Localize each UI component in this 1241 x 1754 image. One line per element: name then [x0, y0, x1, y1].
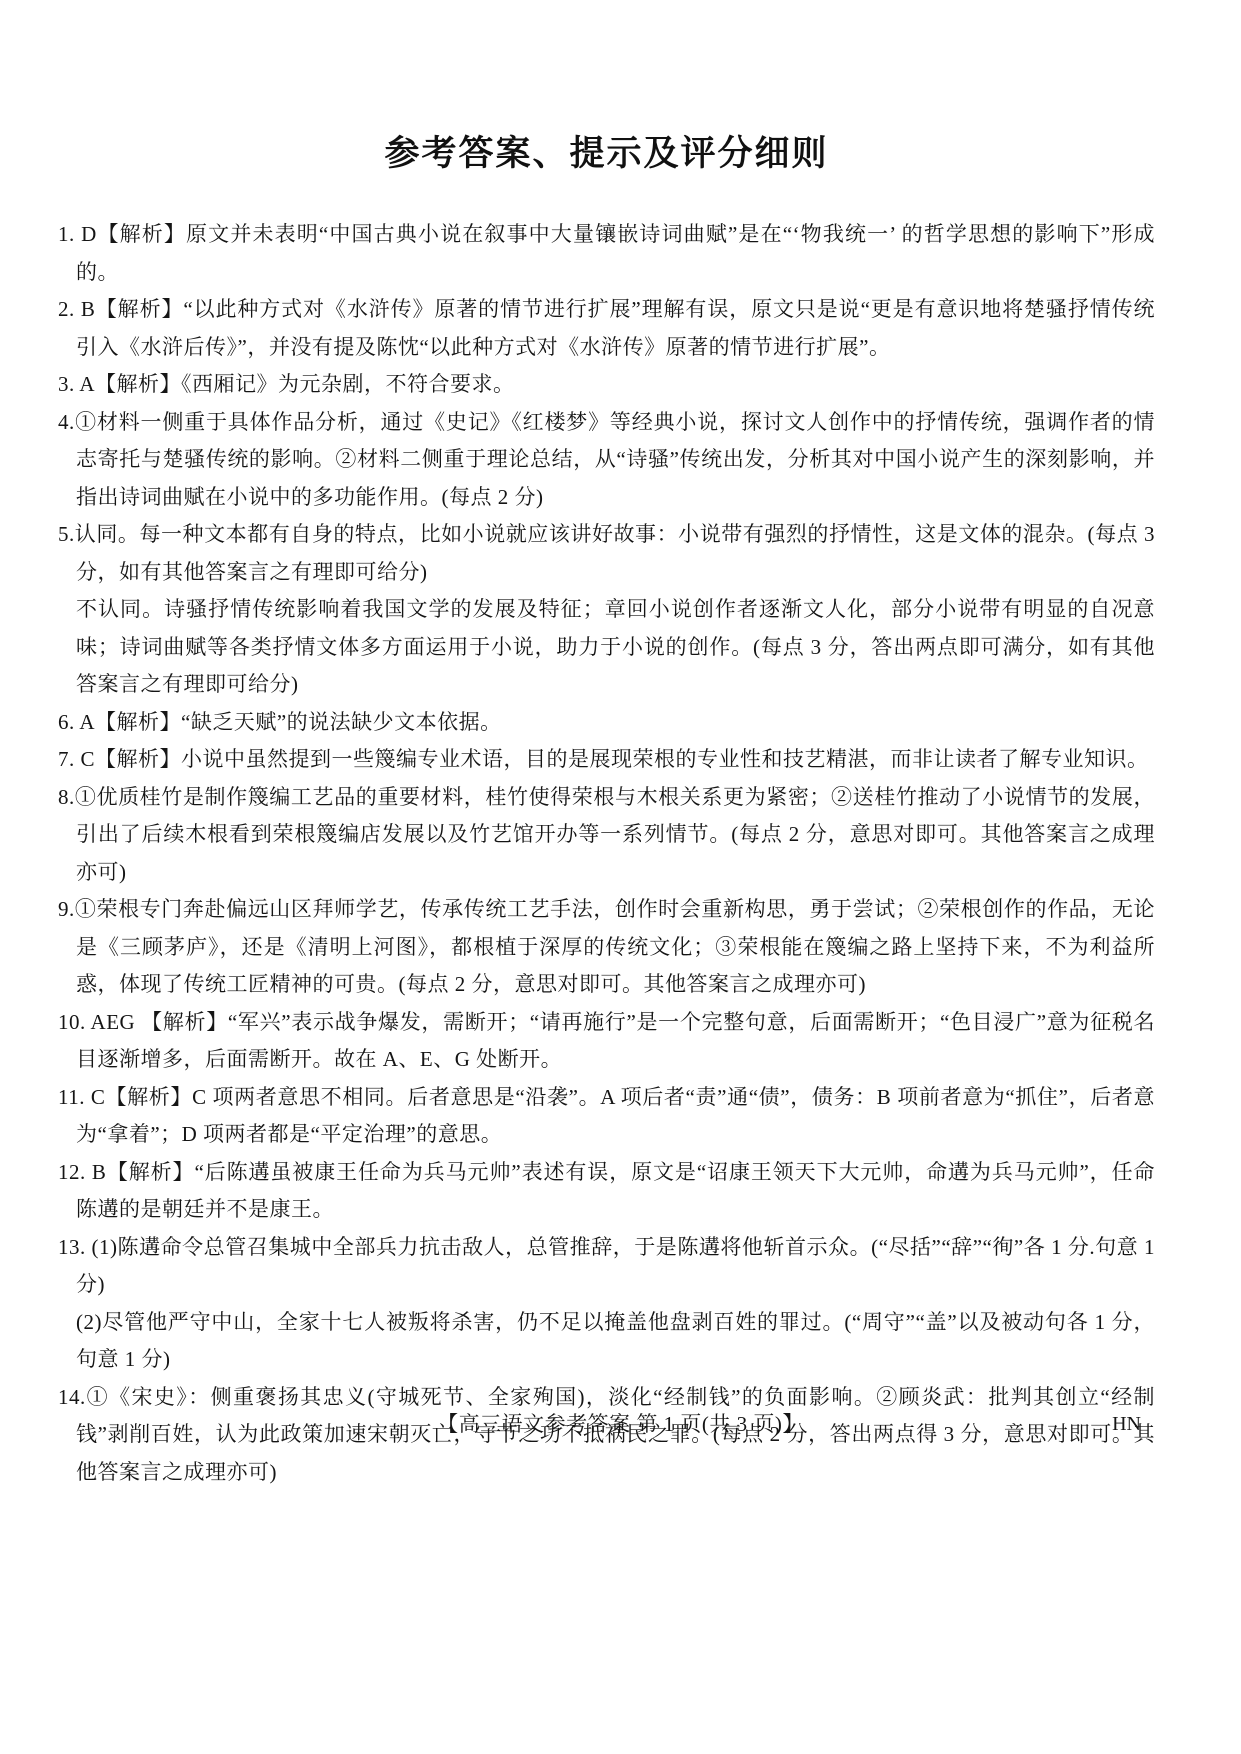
item-number: 3.: [58, 372, 75, 396]
item-text: AEG 【解析】“军兴”表示战争爆发，需断开；“请再施行”是一个完整句意，后面需…: [76, 1010, 1155, 1072]
item-text: A【解析】“缺乏天赋”的说法缺少文本依据。: [75, 710, 502, 734]
answer-item-7: 7. C【解析】小说中虽然提到一些篾编专业术语，目的是展现荣根的专业性和技艺精湛…: [58, 741, 1155, 779]
item-text: A【解析】《西厢记》为元杂剧，不符合要求。: [75, 372, 515, 396]
answer-item-9: 9.①荣根专门奔赴偏远山区拜师学艺，传承传统工艺手法，创作时会重新构思，勇于尝试…: [58, 891, 1155, 1004]
item-number: 10.: [58, 1010, 86, 1034]
answer-item-4: 4.①材料一侧重于具体作品分析，通过《史记》《红楼梦》等经典小说，探讨文人创作中…: [58, 404, 1155, 517]
answer-item-6: 6. A【解析】“缺乏天赋”的说法缺少文本依据。: [58, 704, 1155, 742]
item-text: D【解析】原文并未表明“中国古典小说在叙事中大量镶嵌诗词曲赋”是在“‘物我统一’…: [75, 222, 1155, 284]
answer-item-13: 13. (1)陈遘命令总管召集城中全部兵力抗击敌人，总管推辞，于是陈遘将他斩首示…: [58, 1229, 1155, 1304]
item-number: 11.: [58, 1085, 85, 1109]
answer-content: 参考答案、提示及评分细则 1. D【解析】原文并未表明“中国古典小说在叙事中大量…: [58, 126, 1155, 1491]
answer-item-1: 1. D【解析】原文并未表明“中国古典小说在叙事中大量镶嵌诗词曲赋”是在“‘物我…: [58, 216, 1155, 291]
answer-item-3: 3. A【解析】《西厢记》为元杂剧，不符合要求。: [58, 366, 1155, 404]
scanned-answer-page: 参考答案、提示及评分细则 1. D【解析】原文并未表明“中国古典小说在叙事中大量…: [0, 0, 1241, 1754]
item-number: 6.: [58, 710, 75, 734]
item-number: 2.: [58, 297, 75, 321]
answer-item-13-part2: (2)尽管他严守中山，全家十七人被叛将杀害，仍不足以掩盖他盘剥百姓的罪过。(“周…: [58, 1304, 1155, 1379]
item-text: C【解析】C 项两者意思不相同。后者意思是“沿袭”。A 项后者“责”通“债”，债…: [76, 1085, 1155, 1147]
answer-item-8: 8.①优质桂竹是制作篾编工艺品的重要材料，桂竹使得荣根与木根关系更为紧密；②送桂…: [58, 779, 1155, 892]
item-text: C【解析】小说中虽然提到一些篾编专业术语，目的是展现荣根的专业性和技艺精湛，而非…: [75, 747, 1149, 771]
answer-item-10: 10. AEG 【解析】“军兴”表示战争爆发，需断开；“请再施行”是一个完整句意…: [58, 1004, 1155, 1079]
item-text: ①优质桂竹是制作篾编工艺品的重要材料，桂竹使得荣根与木根关系更为紧密；②送桂竹推…: [75, 785, 1155, 884]
answer-list: 1. D【解析】原文并未表明“中国古典小说在叙事中大量镶嵌诗词曲赋”是在“‘物我…: [58, 216, 1155, 1491]
item-text: (1)陈遘命令总管召集城中全部兵力抗击敌人，总管推辞，于是陈遘将他斩首示众。(“…: [76, 1235, 1155, 1297]
page-title: 参考答案、提示及评分细则: [58, 126, 1155, 176]
answer-item-2: 2. B【解析】“以此种方式对《水浒传》原著的情节进行扩展”理解有误，原文只是说…: [58, 291, 1155, 366]
item-text: ①材料一侧重于具体作品分析，通过《史记》《红楼梦》等经典小说，探讨文人创作中的抒…: [75, 410, 1155, 509]
answer-item-12: 12. B【解析】“后陈遘虽被康王任命为兵马元帅”表述有误，原文是“诏康王领天下…: [58, 1154, 1155, 1229]
footer-paper-code: HN: [1112, 1404, 1141, 1444]
item-text: B【解析】“后陈遘虽被康王任命为兵马元帅”表述有误，原文是“诏康王领天下大元帅，…: [76, 1160, 1155, 1222]
item-number: 13.: [58, 1235, 86, 1259]
answer-item-11: 11. C【解析】C 项两者意思不相同。后者意思是“沿袭”。A 项后者“责”通“…: [58, 1079, 1155, 1154]
item-number: 7.: [58, 747, 75, 771]
item-number: 1.: [58, 222, 75, 246]
item-text: ①荣根专门奔赴偏远山区拜师学艺，传承传统工艺手法，创作时会重新构思，勇于尝试；②…: [75, 897, 1155, 996]
answer-item-5: 5.认同。每一种文本都有自身的特点，比如小说就应该讲好故事：小说带有强烈的抒情性…: [58, 516, 1155, 591]
item-text: B【解析】“以此种方式对《水浒传》原著的情节进行扩展”理解有误，原文只是说“更是…: [75, 297, 1155, 359]
item-number: 4.: [58, 410, 75, 434]
answer-item-5-alt: 不认同。诗骚抒情传统影响着我国文学的发展及特征；章回小说创作者逐渐文人化，部分小…: [58, 591, 1155, 704]
item-number: 9.: [58, 897, 75, 921]
item-number: 5.: [58, 522, 75, 546]
item-number: 8.: [58, 785, 75, 809]
item-number: 12.: [58, 1160, 86, 1184]
footer-page-info: 【高三语文参考答案 第 1 页(共 3 页)】: [0, 1404, 1241, 1444]
item-text: 认同。每一种文本都有自身的特点，比如小说就应该讲好故事：小说带有强烈的抒情性，这…: [75, 522, 1155, 584]
page-footer: 【高三语文参考答案 第 1 页(共 3 页)】 HN: [0, 1404, 1241, 1444]
